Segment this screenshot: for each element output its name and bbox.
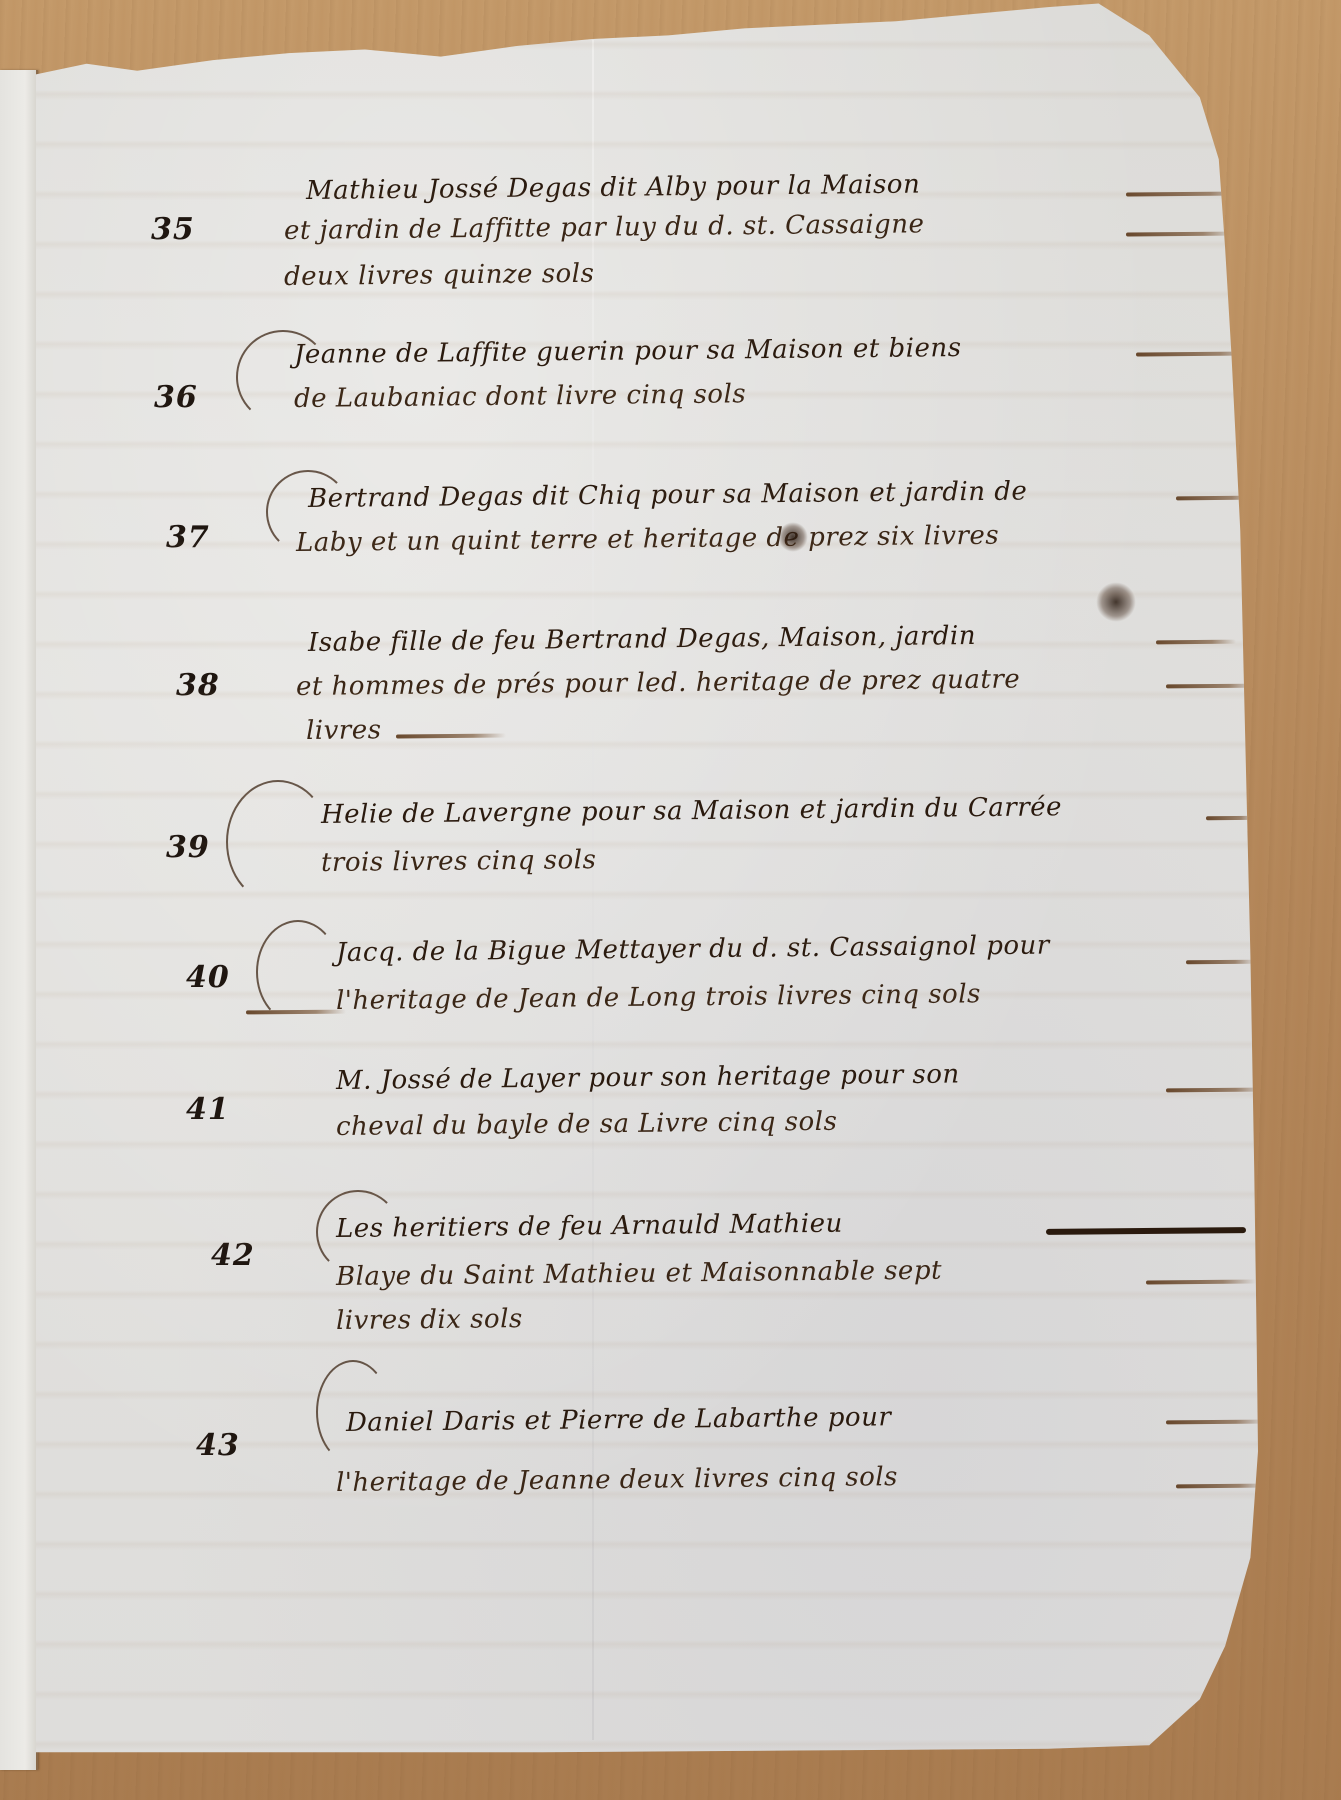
line-filler (1156, 640, 1236, 645)
entry-number: 37 (166, 520, 210, 555)
line-filler (1166, 684, 1256, 689)
line-filler (246, 1010, 346, 1015)
ink-blot (778, 522, 808, 552)
entry-line: l'heritage de Jeanne deux livres cinq so… (336, 1462, 898, 1498)
entry-line: Les heritiers de feu Arnauld Mathieu (336, 1209, 843, 1244)
initial-flourish (226, 780, 330, 904)
line-filler (1136, 351, 1256, 356)
entry-number: 36 (154, 380, 198, 415)
line-filler (1126, 232, 1236, 237)
line-filler (1176, 496, 1256, 501)
entry-line: Jacq. de la Bigue Mettayer du d. st. Cas… (336, 931, 1050, 968)
line-filler (1186, 960, 1256, 965)
entry-line: Jeanne de Laffite guerin pour sa Maison … (294, 333, 962, 370)
line-filler (1146, 1280, 1256, 1285)
entry-number: 41 (186, 1092, 230, 1127)
initial-flourish (256, 920, 340, 1024)
entry-line: Bertrand Degas dit Chiq pour sa Maison e… (308, 476, 1028, 514)
entry-number: 39 (166, 830, 210, 865)
underlying-page-edge (0, 70, 38, 1770)
struck-through-word (1046, 1227, 1246, 1235)
line-filler (1206, 816, 1256, 820)
entry-line: Blaye du Saint Mathieu et Maisonnable se… (336, 1256, 942, 1292)
entry-line: M. Jossé de Layer pour son heritage pour… (336, 1059, 960, 1096)
entry-line: l'heritage de Jean de Long trois livres … (336, 979, 981, 1016)
entry-line: trois livres cinq sols (321, 845, 597, 878)
entry-number: 42 (211, 1238, 255, 1273)
entry-line: et jardin de Laffitte par luy du d. st. … (284, 209, 925, 246)
line-filler (1166, 1420, 1266, 1425)
entry-number: 35 (151, 212, 195, 247)
line-filler (396, 734, 506, 739)
line-filler (1126, 191, 1246, 196)
entry-number: 43 (196, 1428, 240, 1463)
entry-number: 40 (186, 960, 230, 995)
entry-line: Daniel Daris et Pierre de Labarthe pour (346, 1402, 892, 1438)
entry-line: livres dix sols (336, 1304, 523, 1336)
entry-line: cheval du bayle de sa Livre cinq sols (336, 1107, 838, 1142)
entry-line: Laby et un quint terre et heritage de pr… (296, 521, 1000, 558)
entry-line: et hommes de prés pour led. heritage de … (296, 664, 1021, 702)
entry-line: Isabe fille de feu Bertrand Degas, Maiso… (308, 621, 976, 658)
entry-line: livres (306, 715, 382, 746)
manuscript-page: 35 Mathieu Jossé Degas dit Alby pour la … (36, 0, 1301, 1770)
entry-line: Helie de Lavergne pour sa Maison et jard… (321, 792, 1062, 830)
entry-line: deux livres quinze sols (284, 259, 595, 292)
entry-number: 38 (176, 668, 220, 703)
line-filler (1176, 1484, 1266, 1489)
line-filler (1166, 1088, 1266, 1093)
entry-line: Mathieu Jossé Degas dit Alby pour la Mai… (306, 170, 921, 206)
ink-blot (1096, 582, 1136, 622)
entry-line: de Laubaniac dont livre cinq sols (294, 379, 746, 414)
